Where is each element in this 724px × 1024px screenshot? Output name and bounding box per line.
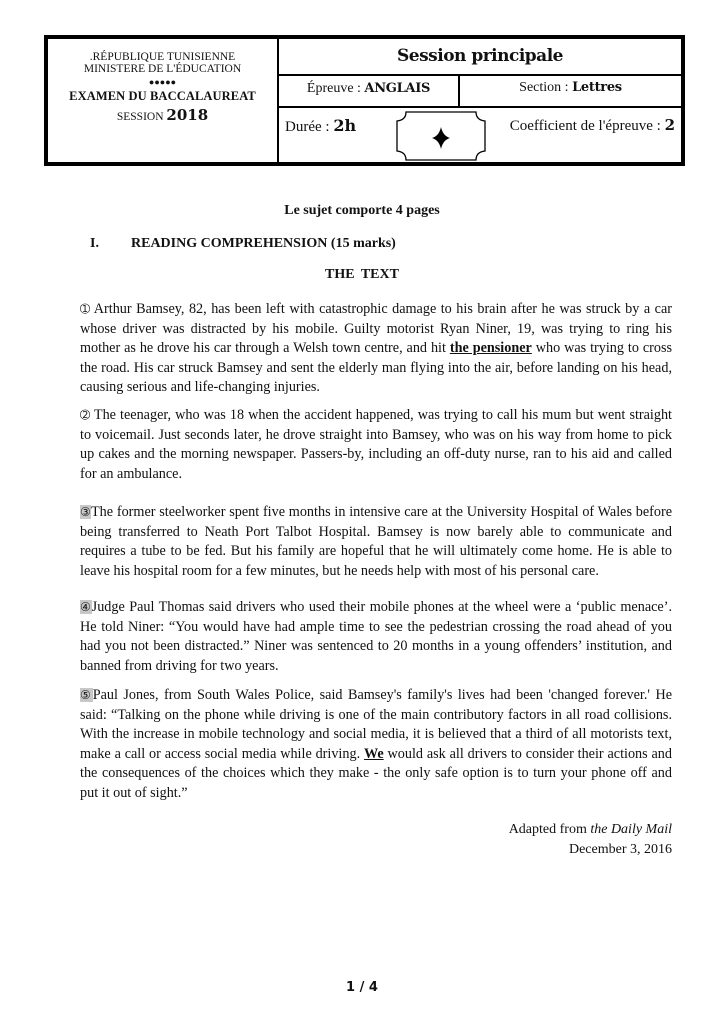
session-type: Session principale (279, 39, 681, 76)
publication-name: the Daily Mail (590, 822, 672, 837)
epreuve-cell: Épreuve : ANGLAIS (279, 74, 460, 106)
institution-block: .RÉPUBLIQUE TUNISIENNE MINISTERE DE L'ÉD… (48, 39, 279, 162)
paragraph-2: ➁ The teenager, who was 18 when the acci… (80, 406, 672, 484)
paragraph-marker: ④ (80, 600, 92, 614)
exam-info-block: Session principale Épreuve : ANGLAIS Sec… (279, 39, 681, 162)
section-title: READING COMPREHENSION (15 marks) (131, 236, 396, 251)
paragraph-marker: ③ (80, 505, 91, 519)
duration-row: Durée : 2h Coefficient de l'épreuve : 2 (279, 108, 681, 162)
source-attribution: Adapted from the Daily Mail (509, 822, 672, 838)
paragraph-4: ④Judge Paul Thomas said drivers who used… (80, 598, 672, 676)
paragraph-marker: ⑤ (80, 688, 93, 702)
country-name: .RÉPUBLIQUE TUNISIENNE (48, 51, 277, 63)
session-year-line: SESSION 2018 (48, 107, 277, 125)
dots-divider: ●●●●● (48, 77, 277, 87)
text-title: THE TEXT (0, 267, 724, 283)
subject-row: Épreuve : ANGLAIS Section : Lettres (279, 74, 681, 108)
duree-cell: Durée : 2h (285, 116, 356, 136)
epreuve-value: ANGLAIS (364, 81, 430, 96)
session-label: SESSION (117, 111, 164, 123)
source-date: December 3, 2016 (569, 842, 672, 858)
adapted-from-label: Adapted from (509, 822, 591, 837)
section-number: I. (90, 236, 131, 252)
session-year: 2018 (166, 106, 208, 124)
duree-value: 2h (333, 116, 356, 135)
paragraph-marker: ➁ (80, 408, 90, 422)
four-point-star-icon (432, 127, 450, 149)
paragraph-3: ③The former steelworker spent five month… (80, 503, 672, 581)
page-number: 1 / 4 (0, 980, 724, 995)
decorative-frame-icon (396, 111, 486, 161)
exam-header-box: .RÉPUBLIQUE TUNISIENNE MINISTERE DE L'ÉD… (44, 35, 685, 166)
epreuve-label: Épreuve : (307, 81, 361, 96)
duree-label: Durée : (285, 119, 330, 135)
coefficient-value: 2 (665, 116, 675, 134)
underlined-word: We (364, 746, 384, 762)
exam-name: EXAMEN DU BACCALAUREAT (48, 89, 277, 103)
paragraph-marker: ➀ (80, 302, 90, 316)
section-label: Section : (519, 80, 568, 95)
paragraph-text: Judge Paul Thomas said drivers who used … (80, 599, 672, 674)
paragraph-text: The former steelworker spent five months… (80, 504, 672, 579)
paragraph-5: ⑤Paul Jones, from South Wales Police, sa… (80, 686, 672, 804)
paragraph-1: ➀ Arthur Bamsey, 82, has been left with … (80, 300, 672, 398)
paragraph-text: The teenager, who was 18 when the accide… (80, 407, 672, 482)
ministry-name: MINISTERE DE L'ÉDUCATION (48, 63, 277, 75)
pages-note: Le sujet comporte 4 pages (0, 203, 724, 219)
section-heading: I.READING COMPREHENSION (15 marks) (90, 236, 396, 252)
coefficient-label: Coefficient de l'épreuve : (510, 118, 661, 134)
section-value: Lettres (572, 80, 622, 95)
coefficient-cell: Coefficient de l'épreuve : 2 (510, 116, 675, 135)
underlined-phrase: the pensioner (450, 340, 532, 356)
section-cell: Section : Lettres (460, 74, 681, 106)
